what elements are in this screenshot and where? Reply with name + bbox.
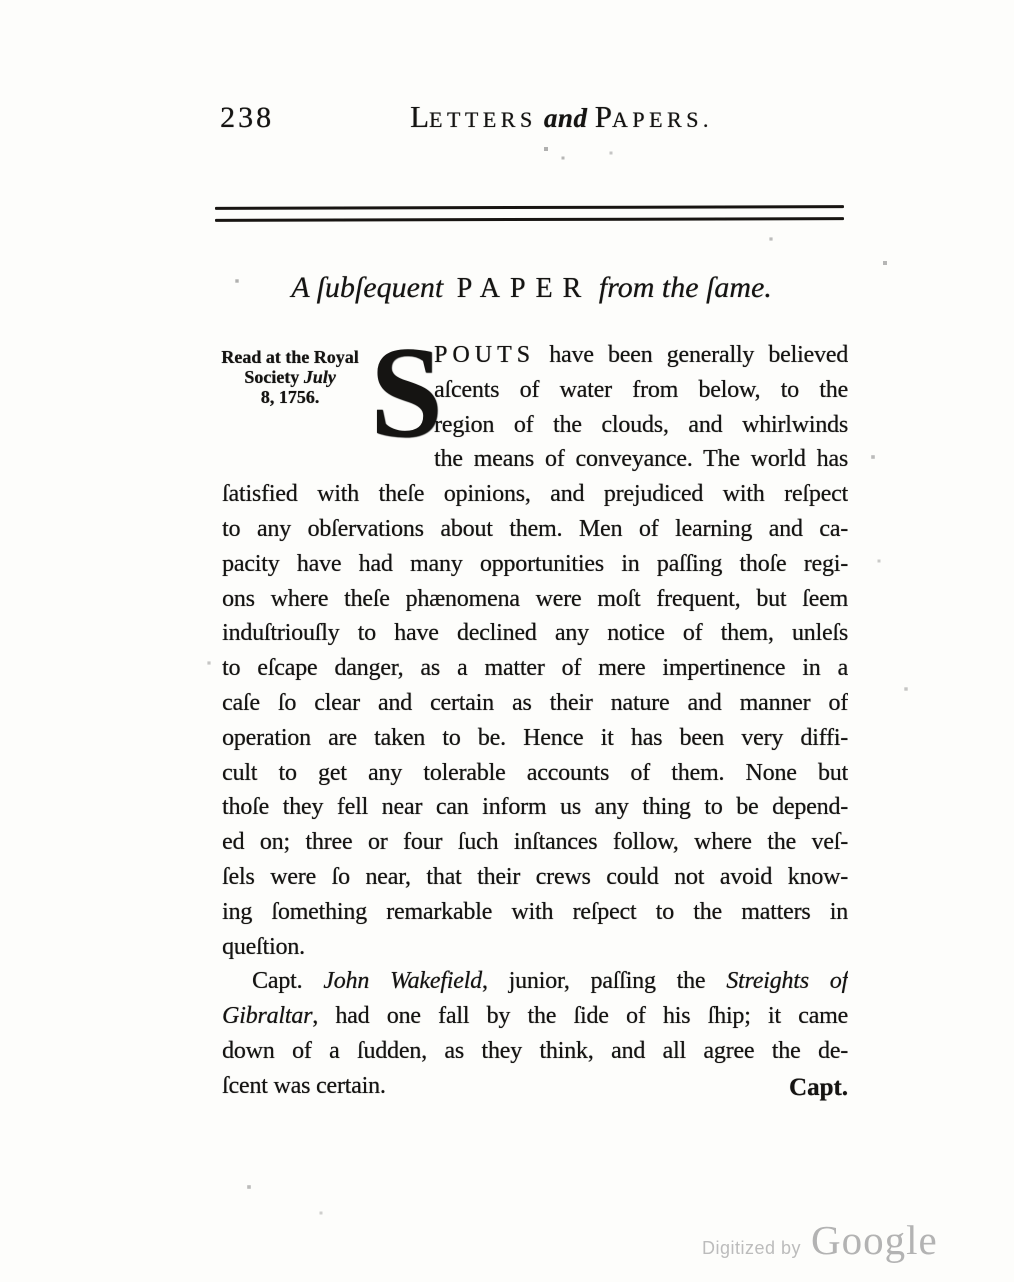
text-segment: region of the clouds, and whirlwinds <box>434 412 848 438</box>
text-segment: P <box>595 99 612 134</box>
text-line: ons where theſe phænomena were moſt freq… <box>222 582 848 617</box>
text-segment: , had one fall by the ſide of his ſhip; … <box>312 1003 848 1029</box>
text-segment: down of a ſudden, as they think, and all… <box>222 1038 848 1064</box>
text-segment: POUTS <box>434 342 535 368</box>
text-line: down of a ſudden, as they think, and all… <box>222 1034 848 1069</box>
page-number: 238 <box>220 101 274 135</box>
text-line: ing ſomething remarkable with reſpect to… <box>222 895 848 930</box>
drop-cap-spacer <box>222 338 434 444</box>
running-title: LETTERS and PAPERS. <box>410 99 830 135</box>
text-segment: to any obſervations about them. Men of l… <box>222 516 848 542</box>
scan-specks <box>0 0 2 2</box>
text-line: queſtion. <box>222 930 848 965</box>
text-segment: John Wakefield <box>323 968 482 994</box>
google-watermark: Digitized by Google <box>702 1216 938 1264</box>
text-segment: from the ſame. <box>591 271 772 304</box>
text-line: POUTS have been generally believed <box>434 338 848 373</box>
text-segment: Gibraltar <box>222 1003 312 1029</box>
text-segment: the means of conveyance. The world has b… <box>434 446 848 477</box>
double-rule <box>215 205 844 222</box>
catchword: Capt. <box>222 1074 848 1102</box>
text-line: ſels were ſo near, that their crews coul… <box>222 860 848 895</box>
text-segment: cult to get any tolerable accounts of th… <box>222 760 848 786</box>
text-segment: aſcents of water from below, to the <box>434 377 848 403</box>
text-segment: queſtion. <box>222 934 305 960</box>
text-line: operation are taken to be. Hence it has … <box>222 721 848 756</box>
text-line: the means of conveyance. The world has b… <box>434 442 848 477</box>
rule-line-top <box>215 205 844 210</box>
google-logo: Google <box>811 1216 938 1264</box>
text-segment: ETTERS <box>429 107 537 132</box>
text-line: ed on; three or four ſuch inſtances foll… <box>222 825 848 860</box>
text-segment: to eſcape danger, as a matter of mere im… <box>222 655 848 681</box>
text-segment: have been generally believed <box>535 342 848 368</box>
text-segment: thoſe they fell near can inform us any t… <box>222 794 848 820</box>
text-line: to any obſervations about them. Men of l… <box>222 512 848 547</box>
digitized-by-label: Digitized by <box>702 1238 801 1259</box>
text-segment: operation are taken to be. Hence it has … <box>222 725 848 751</box>
text-line: induſtriouſly to have declined any notic… <box>222 616 848 651</box>
text-line: region of the clouds, and whirlwinds <box>434 408 848 443</box>
text-line: aſcents of water from below, to the <box>434 373 848 408</box>
text-segment: pacity have had many opportunities in pa… <box>222 551 848 577</box>
text-line: Capt. John Wakefield, junior, paſſing th… <box>222 964 848 999</box>
text-segment: APERS. <box>612 107 713 132</box>
text-segment: ſels were ſo near, that their crews coul… <box>222 864 848 890</box>
text-segment: and <box>537 103 595 133</box>
text-line: Gibraltar, had one fall by the ſide of h… <box>222 999 848 1034</box>
text-segment: Streights of <box>726 968 848 994</box>
text-line: ſatisfied with theſe opinions, and preju… <box>222 477 848 512</box>
rule-line-bottom <box>215 217 844 222</box>
text-segment: L <box>410 99 429 134</box>
text-segment: induſtriouſly to have declined any notic… <box>222 620 848 646</box>
text-segment: , junior, paſſing the <box>482 968 726 994</box>
body-text: POUTS have been generally believedaſcent… <box>222 338 848 1104</box>
text-line: pacity have had many opportunities in pa… <box>222 547 848 582</box>
text-line: caſe ſo clear and certain as their natur… <box>222 686 848 721</box>
text-segment: ed on; three or four ſuch inſtances foll… <box>222 829 848 855</box>
paper-title: A ſubſequent PAPER from the ſame. <box>215 271 848 305</box>
text-segment: Capt. <box>252 968 323 994</box>
scanned-book-page: 238 LETTERS and PAPERS. A ſubſequent PAP… <box>0 0 1014 1282</box>
text-segment: caſe ſo clear and certain as their natur… <box>222 690 848 716</box>
text-segment: ons where theſe phænomena were moſt freq… <box>222 586 848 612</box>
text-line: thoſe they fell near can inform us any t… <box>222 790 848 825</box>
text-segment: ſatisfied with theſe opinions, and preju… <box>222 481 848 507</box>
text-segment: ing ſomething remarkable with reſpect to… <box>222 899 848 925</box>
text-segment: PAPER <box>457 273 592 304</box>
text-segment: A ſubſequent <box>291 271 450 304</box>
text-line: to eſcape danger, as a matter of mere im… <box>222 651 848 686</box>
text-line: cult to get any tolerable accounts of th… <box>222 756 848 791</box>
